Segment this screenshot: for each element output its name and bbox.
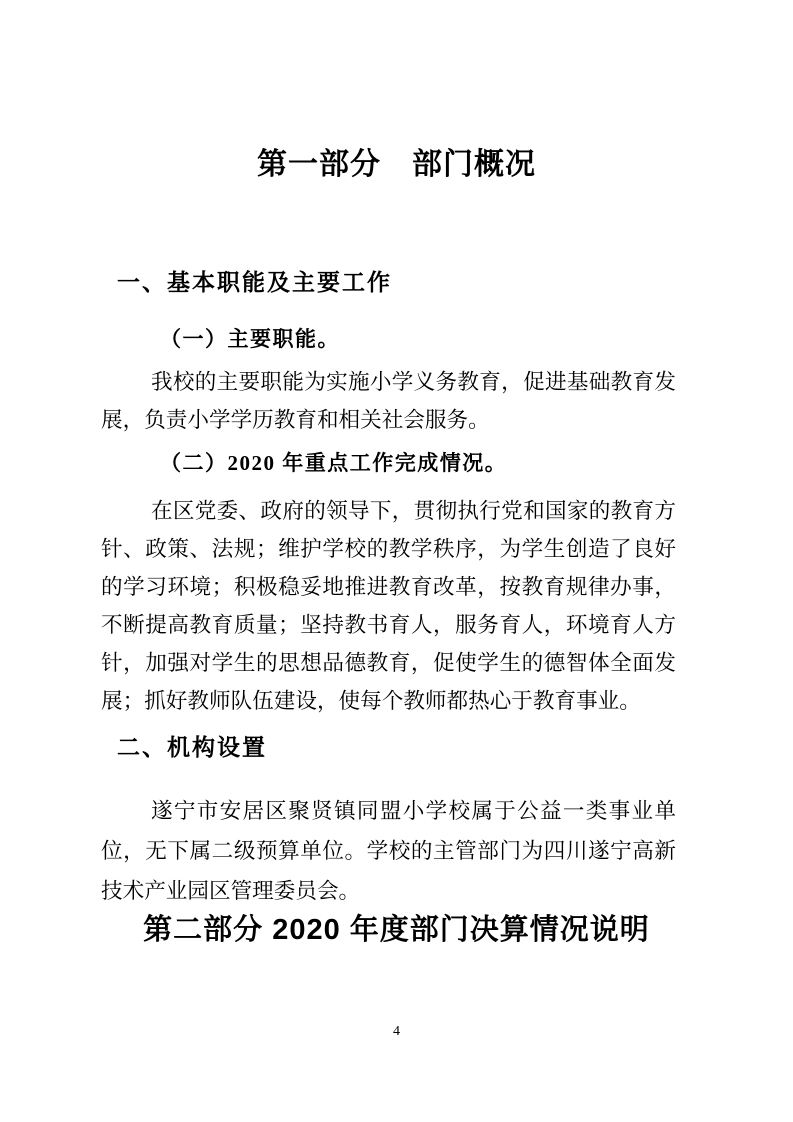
document-page: 第一部分 部门概况 一、基本职能及主要工作 （一）主要职能。 我校的主要职能为实… (0, 0, 793, 1122)
text-line: 展，负责小学学历教育和相关社会服务。 (101, 401, 676, 439)
text-line: 位，无下属二级预算单位。学校的主管部门为四川遂宁高新 (101, 831, 676, 871)
part1-title: 第一部分 部门概况 (0, 147, 793, 183)
text-line: 针、政策、法规；维护学校的教学秩序，为学生创造了良好 (101, 530, 676, 568)
text-line: 针，加强对学生的思想品德教育，促使学生的德智体全面发 (101, 644, 676, 682)
text-line: 不断提高教育质量；坚持教书育人，服务育人，环境育人方 (101, 606, 676, 644)
subsection1-heading: （一）主要职能。 (160, 327, 340, 351)
section1-heading: 一、基本职能及主要工作 (117, 269, 392, 295)
text-line: 技术产业园区管理委员会。 (101, 871, 676, 911)
paragraph-key-work: 在区党委、政府的领导下，贯彻执行党和国家的教育方 针、政策、法规；维护学校的教学… (101, 492, 676, 720)
section2-heading: 二、机构设置 (117, 734, 267, 760)
text-line: 在区党委、政府的领导下，贯彻执行党和国家的教育方 (101, 492, 676, 530)
text-line: 的学习环境；积极稳妥地推进教育改革，按教育规律办事， (101, 568, 676, 606)
paragraph-organization: 遂宁市安居区聚贤镇同盟小学校属于公益一类事业单 位，无下属二级预算单位。学校的主… (101, 791, 676, 911)
text-line: 遂宁市安居区聚贤镇同盟小学校属于公益一类事业单 (101, 791, 676, 831)
subsection2-heading: （二）2020 年重点工作完成情况。 (160, 451, 507, 475)
paragraph-main-functions: 我校的主要职能为实施小学义务教育，促进基础教育发 展，负责小学学历教育和相关社会… (101, 363, 676, 439)
page-number: 4 (0, 1024, 793, 1040)
text-line: 展；抓好教师队伍建设，使每个教师都热心于教育事业。 (101, 682, 676, 720)
text-line: 我校的主要职能为实施小学义务教育，促进基础教育发 (101, 363, 676, 401)
part2-title: 第二部分 2020 年度部门决算情况说明 (0, 913, 793, 948)
